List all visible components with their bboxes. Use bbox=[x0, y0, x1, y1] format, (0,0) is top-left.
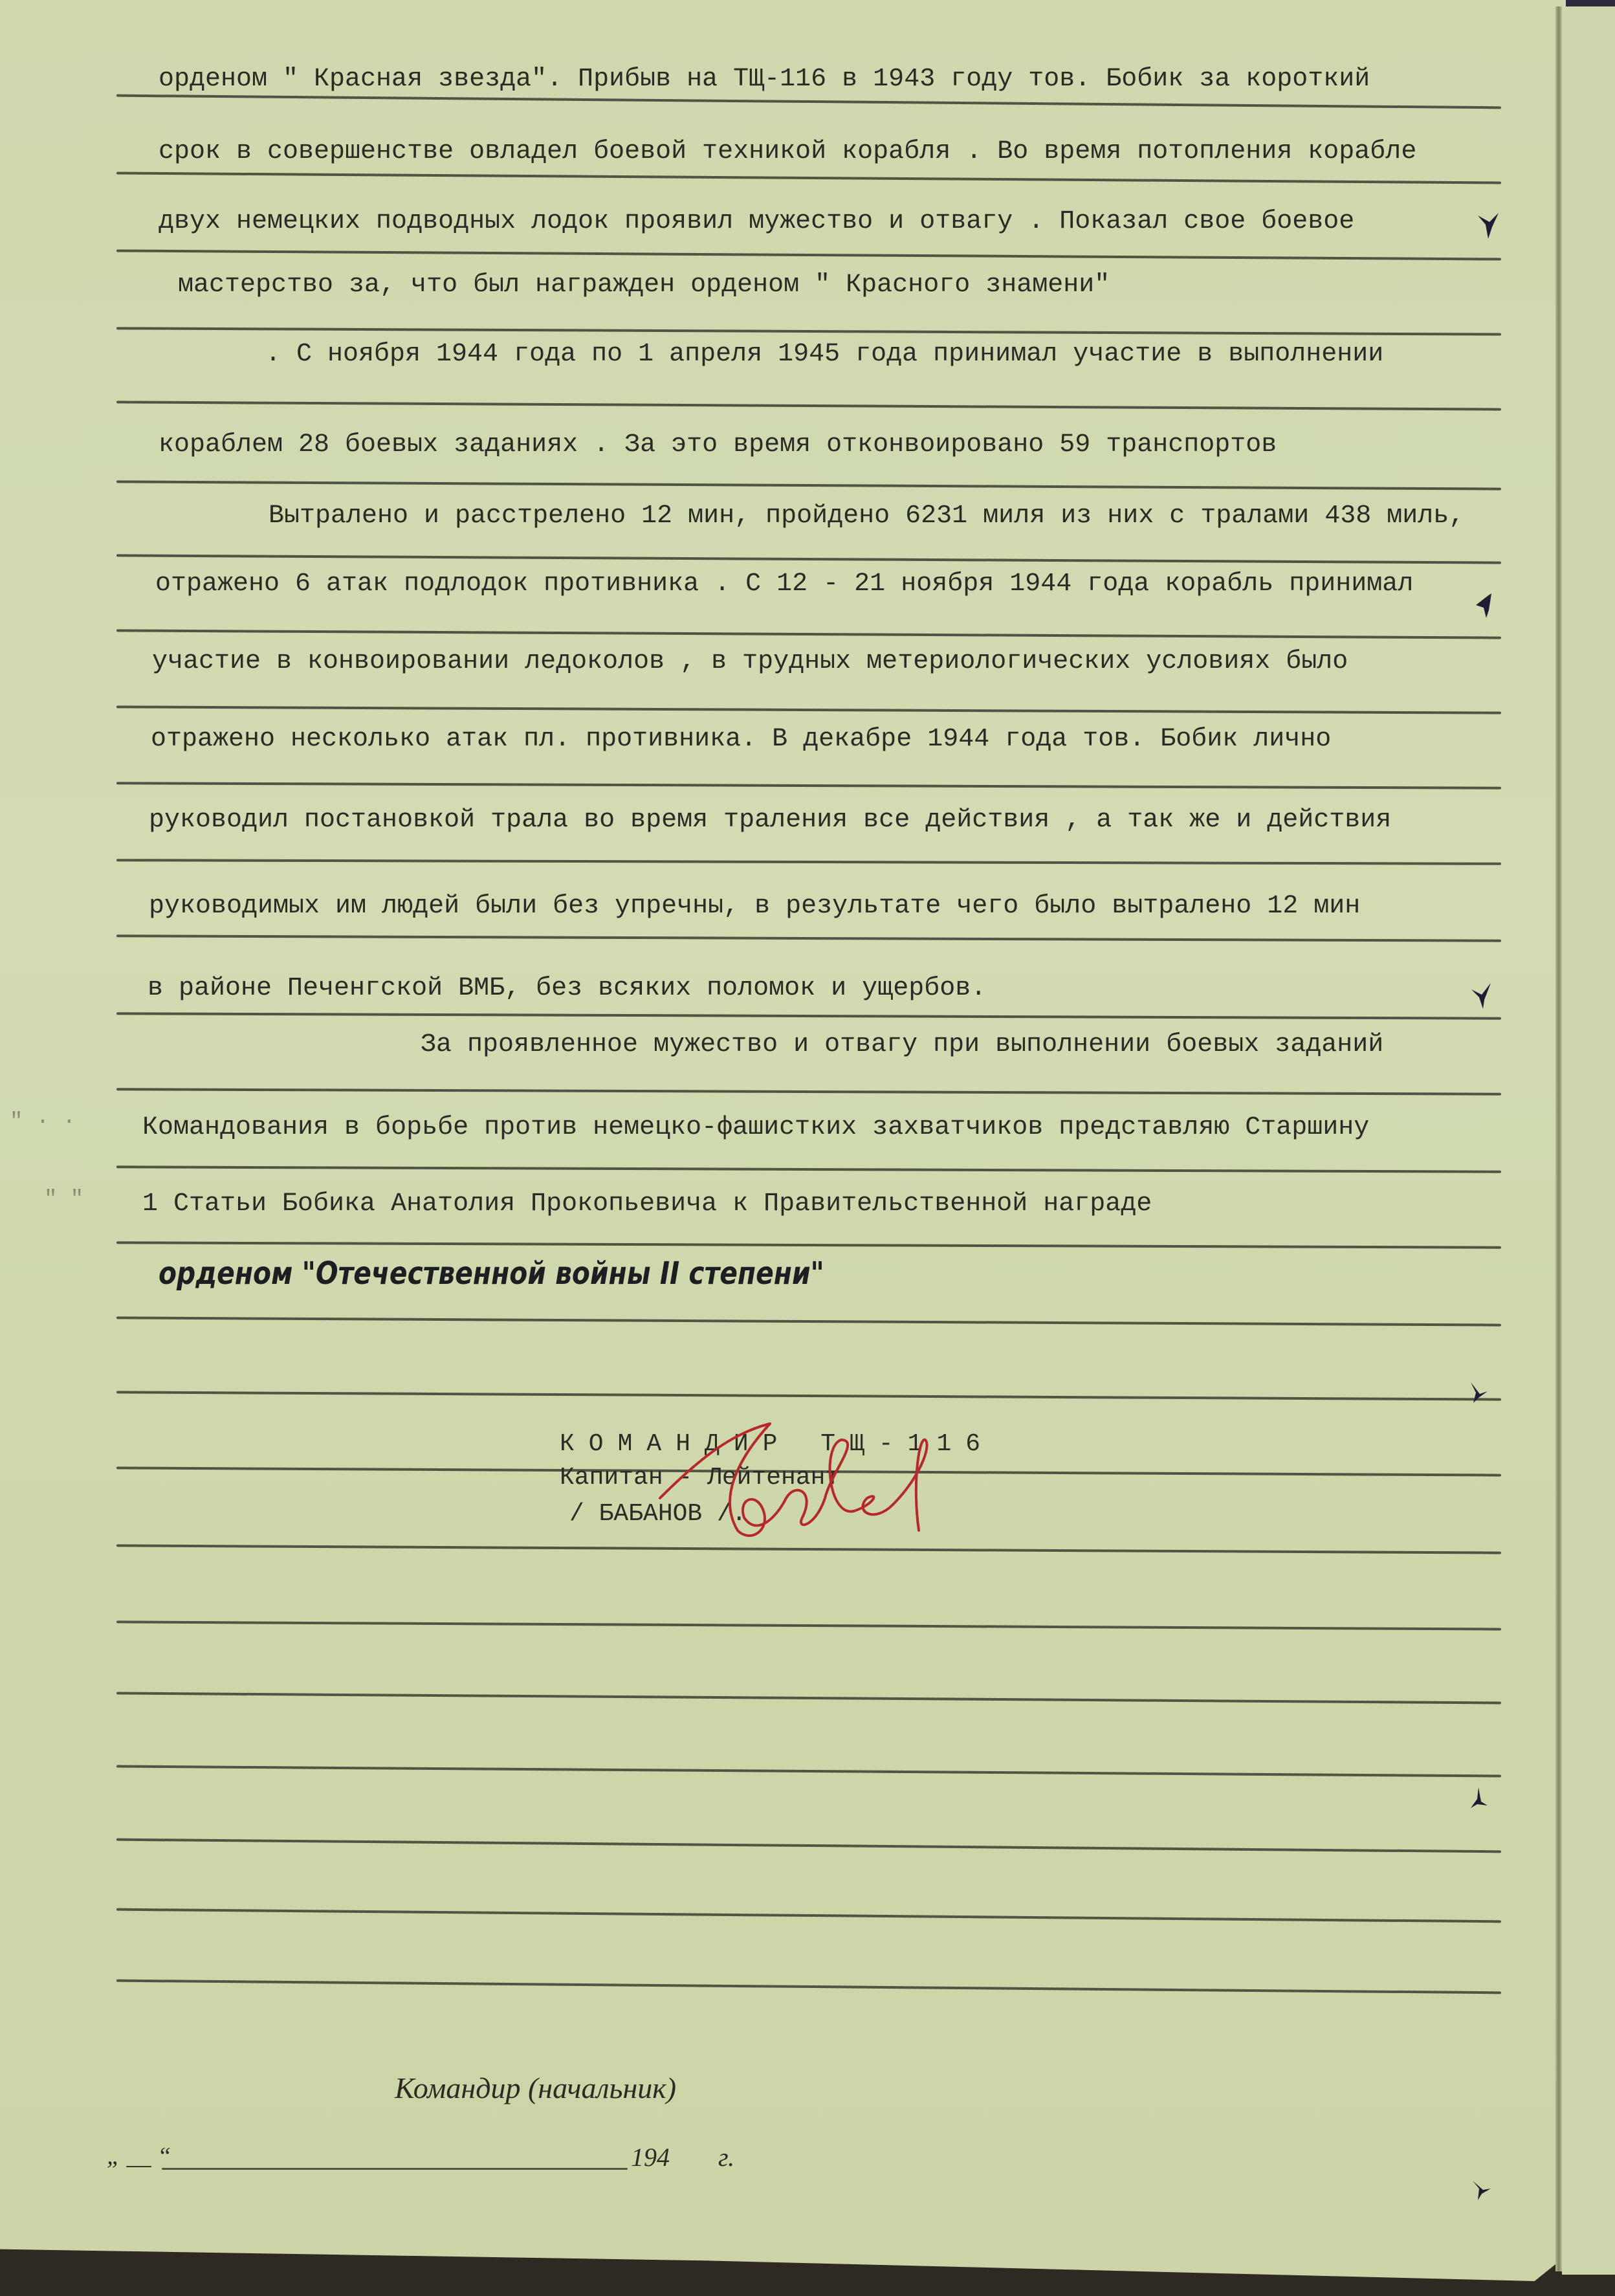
punch-hole bbox=[1469, 980, 1495, 1010]
ruled-line bbox=[116, 1980, 1501, 1994]
body-line-7: Вытралено и расстрелено 12 мин, пройдено… bbox=[269, 502, 1464, 531]
date-underline bbox=[162, 2168, 628, 2170]
ruled-line bbox=[116, 1391, 1501, 1400]
ruled-line bbox=[116, 249, 1501, 260]
ruled-line bbox=[116, 1620, 1501, 1630]
body-line-16: 1 Статьи Бобика Анатолия Прокопьевича к … bbox=[142, 1189, 1152, 1219]
body-line-1: орденом " Красная звезда". Прибыв на ТЩ-… bbox=[159, 65, 1370, 94]
ruled-line bbox=[116, 705, 1501, 714]
ruled-line bbox=[116, 1316, 1501, 1326]
body-line-11: руководил постановкой трала во время тра… bbox=[149, 806, 1391, 835]
ruled-line bbox=[116, 94, 1501, 109]
body-line-12: руководимых им людей были без упречны, в… bbox=[149, 892, 1360, 921]
ruled-line bbox=[116, 629, 1501, 639]
form-commander-label: Командир (начальник) bbox=[395, 2071, 676, 2105]
margin-ditto-mark: " · · bbox=[10, 1110, 76, 1134]
red-signature bbox=[647, 1420, 1087, 1563]
ruled-line bbox=[116, 1012, 1501, 1019]
handwritten-award: орденом "Отечественной войны II степени" bbox=[159, 1255, 824, 1292]
body-line-6: кораблем 28 боевых заданиях . За это вре… bbox=[159, 430, 1277, 459]
punch-hole bbox=[1472, 592, 1498, 622]
punch-hole bbox=[1466, 1786, 1491, 1816]
body-line-2: срок в совершенстве овладел боевой техни… bbox=[159, 137, 1416, 166]
ruled-line bbox=[116, 859, 1501, 865]
body-line-14: За проявленное мужество и отвагу при вып… bbox=[421, 1030, 1383, 1059]
form-date-prefix: „ __ “ bbox=[107, 2142, 171, 2170]
ruled-line bbox=[116, 1908, 1501, 1923]
ruled-line bbox=[116, 172, 1501, 184]
ruled-line bbox=[116, 554, 1501, 564]
margin-ditto-mark: " " bbox=[44, 1187, 83, 1212]
ruled-line bbox=[116, 1692, 1501, 1705]
ruled-line bbox=[116, 1838, 1501, 1853]
punch-hole bbox=[1466, 1378, 1491, 1408]
ruled-line bbox=[116, 1765, 1501, 1778]
punch-hole bbox=[1469, 2174, 1495, 2204]
ruled-line bbox=[116, 327, 1501, 335]
body-line-4: мастерство за, что был награжден орденом… bbox=[178, 270, 1110, 300]
page-fold bbox=[1555, 6, 1562, 2271]
ruled-line bbox=[116, 480, 1501, 490]
form-year-prefix: 194 bbox=[631, 2142, 670, 2172]
ruled-line bbox=[116, 1241, 1501, 1248]
adjacent-page-edge bbox=[1562, 6, 1615, 2275]
body-line-9: участие в конвоировании ледоколов , в тр… bbox=[152, 647, 1348, 676]
ruled-line bbox=[116, 934, 1501, 942]
body-line-8: отражено 6 атак подлодок противника . С … bbox=[155, 569, 1413, 599]
form-year-suffix: г. bbox=[718, 2142, 734, 2172]
body-line-15: Командования в борьбе против немецко-фаш… bbox=[142, 1113, 1369, 1142]
body-line-13: в районе Печенгской ВМБ, без всяких поло… bbox=[148, 974, 986, 1003]
body-line-10: отражено несколько атак пл. противника. … bbox=[151, 725, 1331, 754]
ruled-line bbox=[116, 401, 1501, 410]
punch-hole bbox=[1475, 210, 1501, 240]
document-page: орденом " Красная звезда". Прибыв на ТЩ-… bbox=[0, 0, 1566, 2281]
ruled-line bbox=[116, 1088, 1501, 1095]
body-line-3: двух немецких подводных лодок проявил му… bbox=[159, 207, 1354, 236]
body-line-5: . С ноября 1944 года по 1 апреля 1945 го… bbox=[265, 340, 1383, 369]
ruled-line bbox=[116, 1165, 1501, 1173]
ruled-line bbox=[116, 782, 1501, 789]
